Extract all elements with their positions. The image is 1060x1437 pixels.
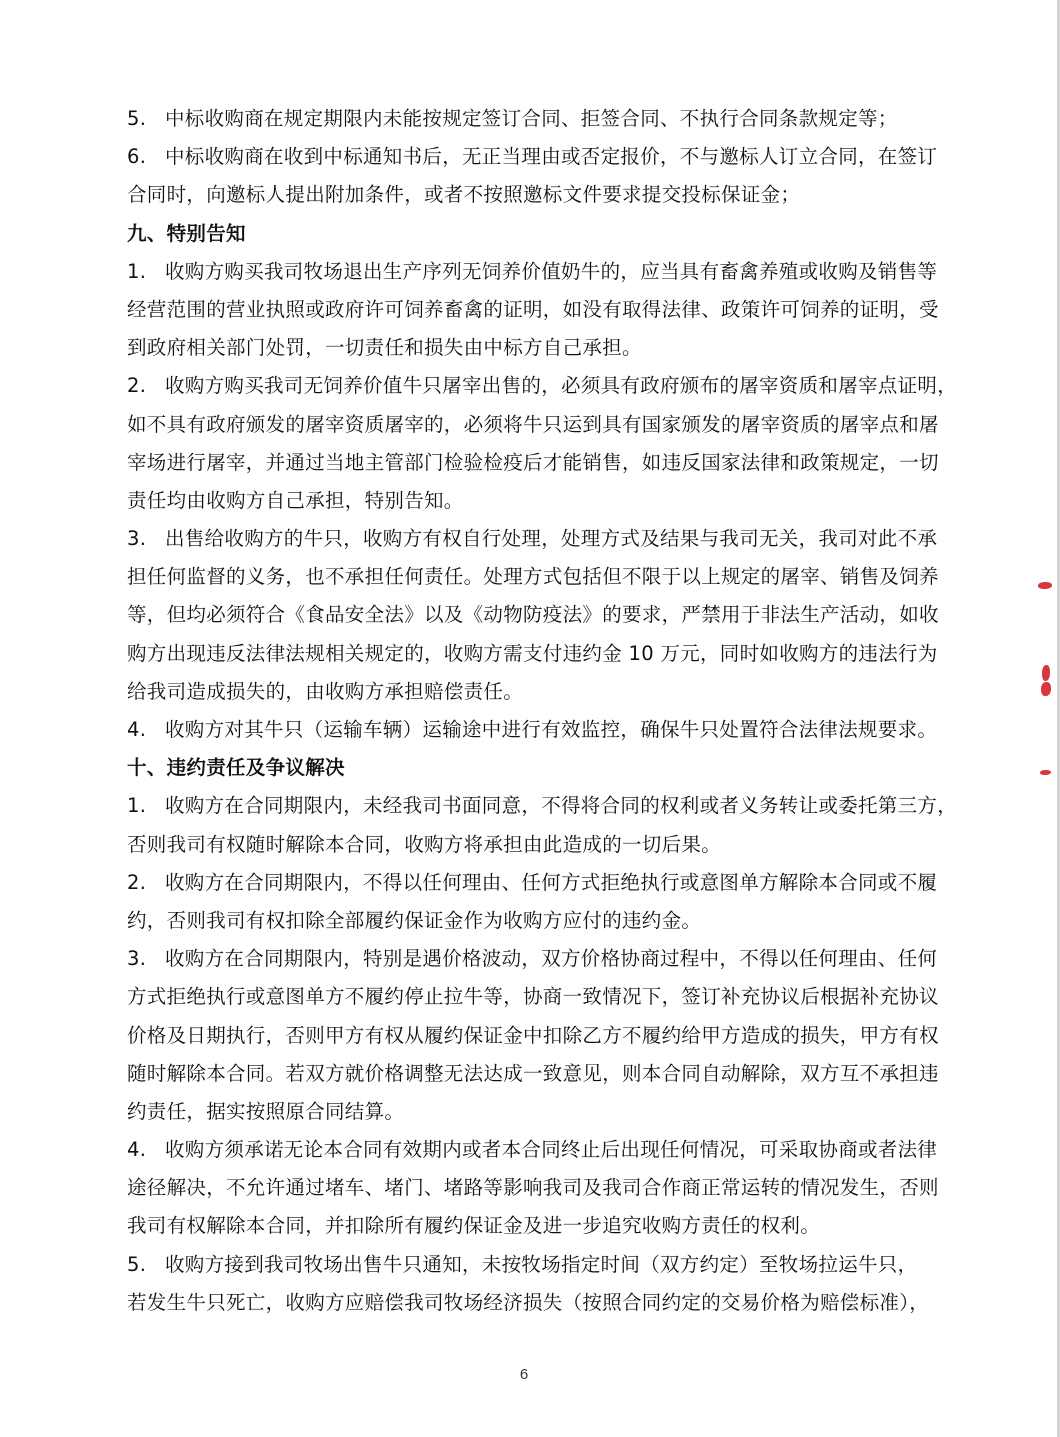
section-heading: 十、违约责任及争议解决 bbox=[127, 749, 922, 787]
item-number: 2. bbox=[127, 367, 165, 405]
paragraph-line: 约责任，据实按照原合同结算。 bbox=[127, 1093, 922, 1131]
paragraph-line: 否则我司有权随时解除本合同，收购方将承担由此造成的一切后果。 bbox=[127, 826, 922, 864]
line-text: 出售给收购方的牛只，收购方有权自行处理，处理方式及结果与我司无关，我司对此不承 bbox=[165, 527, 937, 550]
line-text: 合同时，向邀标人提出附加条件，或者不按照邀标文件要求提交投标保证金； bbox=[127, 183, 800, 206]
paragraph-line: 责任均由收购方自己承担，特别告知。 bbox=[127, 482, 922, 520]
seal-mark bbox=[1042, 665, 1050, 681]
paragraph-line: 到政府相关部门处罚，一切责任和损失由中标方自己承担。 bbox=[127, 329, 922, 367]
paragraph-line: 5.收购方接到我司牧场出售牛只通知，未按牧场指定时间（双方约定）至牧场拉运牛只， bbox=[127, 1246, 922, 1284]
paragraph-line: 宰场进行屠宰，并通过当地主管部门检验检疫后才能销售，如违反国家法律和政策规定，一… bbox=[127, 444, 922, 482]
line-text: 经营范围的营业执照或政府许可饲养畜禽的证明，如没有取得法律、政策许可饲养的证明，… bbox=[127, 298, 939, 321]
line-text: 收购方接到我司牧场出售牛只通知，未按牧场指定时间（双方约定）至牧场拉运牛只， bbox=[165, 1253, 917, 1276]
item-number: 4. bbox=[127, 1131, 165, 1169]
item-number: 3. bbox=[127, 520, 165, 558]
seal-mark bbox=[1038, 582, 1052, 589]
paragraph-line: 我司有权解除本合同，并扣除所有履约保证金及进一步追究收购方责任的权利。 bbox=[127, 1207, 922, 1245]
paragraph-line: 等，但均必须符合《食品安全法》以及《动物防疫法》的要求，严禁用于非法生产活动，如… bbox=[127, 596, 922, 634]
seal-mark bbox=[1040, 770, 1051, 775]
line-text: 收购方在合同期限内，未经我司书面同意，不得将合同的权利或者义务转让或委托第三方， bbox=[165, 794, 957, 817]
line-text: 约，否则我司有权扣除全部履约保证金作为收购方应付的违约金。 bbox=[127, 909, 701, 932]
document-body: 5.中标收购商在规定期限内未能按规定签订合同、拒签合同、不执行合同条款规定等；6… bbox=[127, 100, 922, 1322]
line-text: 购方出现违反法律法规相关规定的，收购方需支付违约金 10 万元，同时如收购方的违… bbox=[127, 642, 938, 665]
line-text: 十、违约责任及争议解决 bbox=[127, 756, 345, 779]
line-text: 给我司造成损失的，由收购方承担赔偿责任。 bbox=[127, 680, 523, 703]
line-text: 九、特别告知 bbox=[127, 222, 246, 245]
paragraph-line: 2.收购方购买我司无饲养价值牛只屠宰出售的，必须具有政府颁布的屠宰资质和屠宰点证… bbox=[127, 367, 922, 405]
line-text: 收购方购买我司无饲养价值牛只屠宰出售的，必须具有政府颁布的屠宰资质和屠宰点证明， bbox=[165, 374, 957, 397]
paragraph-line: 4.收购方须承诺无论本合同有效期内或者本合同终止后出现任何情况，可采取协商或者法… bbox=[127, 1131, 922, 1169]
paragraph-line: 购方出现违反法律法规相关规定的，收购方需支付违约金 10 万元，同时如收购方的违… bbox=[127, 635, 922, 673]
line-text: 责任均由收购方自己承担，特别告知。 bbox=[127, 489, 464, 512]
item-number: 2. bbox=[127, 864, 165, 902]
paragraph-line: 经营范围的营业执照或政府许可饲养畜禽的证明，如没有取得法律、政策许可饲养的证明，… bbox=[127, 291, 922, 329]
item-number: 5. bbox=[127, 100, 165, 138]
paragraph-line: 4.收购方对其牛只（运输车辆）运输途中进行有效监控，确保牛只处置符合法律法规要求… bbox=[127, 711, 922, 749]
page-number: 6 bbox=[0, 1366, 1048, 1383]
paragraph-line: 合同时，向邀标人提出附加条件，或者不按照邀标文件要求提交投标保证金； bbox=[127, 176, 922, 214]
line-text: 等，但均必须符合《食品安全法》以及《动物防疫法》的要求，严禁用于非法生产活动，如… bbox=[127, 603, 939, 626]
paragraph-line: 3.出售给收购方的牛只，收购方有权自行处理，处理方式及结果与我司无关，我司对此不… bbox=[127, 520, 922, 558]
paragraph-line: 6.中标收购商在收到中标通知书后，无正当理由或否定报价，不与邀标人订立合同，在签… bbox=[127, 138, 922, 176]
paragraph-line: 方式拒绝执行或意图单方不履约停止拉牛等，协商一致情况下，签订补充协议后根据补充协… bbox=[127, 978, 922, 1016]
paragraph-line: 5.中标收购商在规定期限内未能按规定签订合同、拒签合同、不执行合同条款规定等； bbox=[127, 100, 922, 138]
line-text: 收购方对其牛只（运输车辆）运输途中进行有效监控，确保牛只处置符合法律法规要求。 bbox=[165, 718, 937, 741]
paragraph-line: 价格及日期执行，否则甲方有权从履约保证金中扣除乙方不履约给甲方造成的损失，甲方有… bbox=[127, 1017, 922, 1055]
line-text: 否则我司有权随时解除本合同，收购方将承担由此造成的一切后果。 bbox=[127, 833, 721, 856]
line-text: 若发生牛只死亡，收购方应赔偿我司牧场经济损失（按照合同约定的交易价格为赔偿标准）… bbox=[127, 1291, 929, 1314]
line-text: 方式拒绝执行或意图单方不履约停止拉牛等，协商一致情况下，签订补充协议后根据补充协… bbox=[127, 985, 939, 1008]
line-text: 约责任，据实按照原合同结算。 bbox=[127, 1100, 404, 1123]
line-text: 担任何监督的义务，也不承担任何责任。处理方式包括但不限于以上规定的屠宰、销售及饲… bbox=[127, 565, 939, 588]
paragraph-line: 约，否则我司有权扣除全部履约保证金作为收购方应付的违约金。 bbox=[127, 902, 922, 940]
item-number: 4. bbox=[127, 711, 165, 749]
item-number: 6. bbox=[127, 138, 165, 176]
line-text: 我司有权解除本合同，并扣除所有履约保证金及进一步追究收购方责任的权利。 bbox=[127, 1214, 820, 1237]
paragraph-line: 2.收购方在合同期限内，不得以任何理由、任何方式拒绝执行或意图单方解除本合同或不… bbox=[127, 864, 922, 902]
line-text: 中标收购商在收到中标通知书后，无正当理由或否定报价，不与邀标人订立合同，在签订 bbox=[165, 145, 937, 168]
paragraph-line: 1.收购方在合同期限内，未经我司书面同意，不得将合同的权利或者义务转让或委托第三… bbox=[127, 787, 922, 825]
line-text: 价格及日期执行，否则甲方有权从履约保证金中扣除乙方不履约给甲方造成的损失，甲方有… bbox=[127, 1024, 939, 1047]
line-text: 如不具有政府颁发的屠宰资质屠宰的，必须将牛只运到具有国家颁发的屠宰资质的屠宰点和… bbox=[127, 413, 939, 436]
paragraph-line: 给我司造成损失的，由收购方承担赔偿责任。 bbox=[127, 673, 922, 711]
paragraph-line: 随时解除本合同。若双方就价格调整无法达成一致意见，则本合同自动解除，双方互不承担… bbox=[127, 1055, 922, 1093]
item-number: 1. bbox=[127, 253, 165, 291]
item-number: 1. bbox=[127, 787, 165, 825]
line-text: 途径解决，不允许通过堵车、堵门、堵路等影响我司及我司合作商正常运转的情况发生，否… bbox=[127, 1176, 939, 1199]
paragraph-line: 担任何监督的义务，也不承担任何责任。处理方式包括但不限于以上规定的屠宰、销售及饲… bbox=[127, 558, 922, 596]
paragraph-line: 如不具有政府颁发的屠宰资质屠宰的，必须将牛只运到具有国家颁发的屠宰资质的屠宰点和… bbox=[127, 406, 922, 444]
line-text: 宰场进行屠宰，并通过当地主管部门检验检疫后才能销售，如违反国家法律和政策规定，一… bbox=[127, 451, 939, 474]
seal-mark bbox=[1041, 682, 1051, 696]
line-text: 收购方须承诺无论本合同有效期内或者本合同终止后出现任何情况，可采取协商或者法律 bbox=[165, 1138, 937, 1161]
item-number: 3. bbox=[127, 940, 165, 978]
line-text: 中标收购商在规定期限内未能按规定签订合同、拒签合同、不执行合同条款规定等； bbox=[165, 107, 898, 130]
paragraph-line: 3.收购方在合同期限内，特别是遇价格波动，双方价格协商过程中，不得以任何理由、任… bbox=[127, 940, 922, 978]
line-text: 随时解除本合同。若双方就价格调整无法达成一致意见，则本合同自动解除，双方互不承担… bbox=[127, 1062, 939, 1085]
paragraph-line: 途径解决，不允许通过堵车、堵门、堵路等影响我司及我司合作商正常运转的情况发生，否… bbox=[127, 1169, 922, 1207]
item-number: 5. bbox=[127, 1246, 165, 1284]
line-text: 到政府相关部门处罚，一切责任和损失由中标方自己承担。 bbox=[127, 336, 642, 359]
line-text: 收购方在合同期限内，不得以任何理由、任何方式拒绝执行或意图单方解除本合同或不履 bbox=[165, 871, 937, 894]
paragraph-line: 1.收购方购买我司牧场退出生产序列无饲养价值奶牛的，应当具有畜禽养殖或收购及销售… bbox=[127, 253, 922, 291]
line-text: 收购方在合同期限内，特别是遇价格波动，双方价格协商过程中，不得以任何理由、任何 bbox=[165, 947, 937, 970]
paragraph-line: 若发生牛只死亡，收购方应赔偿我司牧场经济损失（按照合同约定的交易价格为赔偿标准）… bbox=[127, 1284, 922, 1322]
line-text: 收购方购买我司牧场退出生产序列无饲养价值奶牛的，应当具有畜禽养殖或收购及销售等 bbox=[165, 260, 937, 283]
section-heading: 九、特别告知 bbox=[127, 215, 922, 253]
